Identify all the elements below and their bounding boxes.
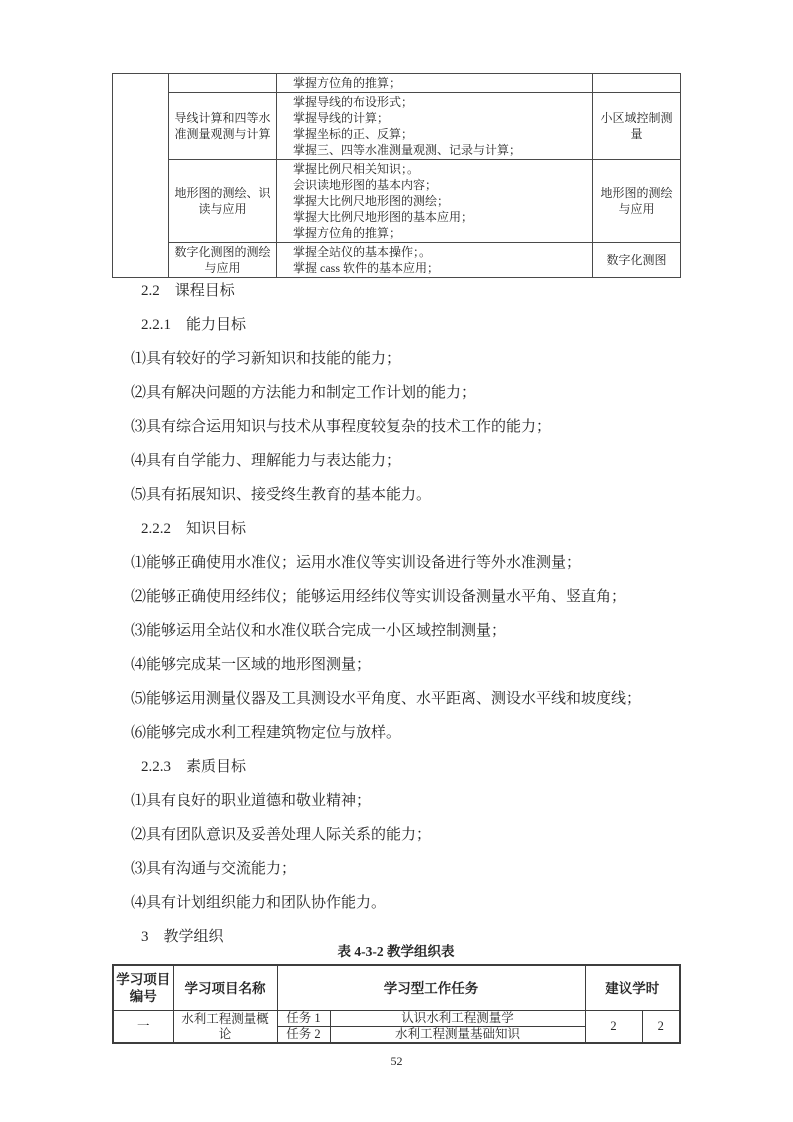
section-heading: 2.2.3 素质目标	[112, 757, 712, 778]
item-line: 掌握导线的布设形式；	[293, 94, 588, 110]
item-line: 掌握导线的计算；	[293, 110, 588, 126]
item-line: 掌握坐标的正、反算；	[293, 126, 588, 142]
list-item: ⑹能够完成水利工程建筑物定位与放样。	[112, 723, 712, 744]
table-row: 导线计算和四等水准测量观测与计算 掌握导线的布设形式； 掌握导线的计算； 掌握坐…	[113, 93, 681, 160]
item-line: 掌握 cass 软件的基本应用；	[293, 260, 588, 276]
section-heading: 2.2.1 能力目标	[112, 315, 712, 336]
list-item: ⑶具有综合运用知识与技术从事程度较复杂的技术工作的能力；	[112, 417, 712, 438]
module-cell	[169, 74, 277, 93]
item-line: 掌握比例尺相关知识；。	[293, 161, 588, 177]
list-item: ⑵能够正确使用经纬仪；能够运用经纬仪等实训设备测量水平角、竖直角；	[112, 587, 712, 608]
items-cell: 掌握比例尺相关知识；。 会识读地形图的基本内容； 掌握大比例尺地形图的测绘； 掌…	[277, 160, 593, 243]
list-item: ⑴具有较好的学习新知识和技能的能力；	[112, 349, 712, 370]
list-item: ⑵具有团队意识及妥善处理人际关系的能力；	[112, 825, 712, 846]
task-label-cell: 任务 2	[277, 1027, 330, 1044]
list-item: ⑷具有自学能力、理解能力与表达能力；	[112, 451, 712, 472]
table-row: 一 水利工程测量概论 任务 1 认识水利工程测量学 2 2	[113, 1011, 680, 1027]
result-cell: 小区域控制测量	[593, 93, 681, 160]
task-label-cell: 任务 1	[277, 1011, 330, 1027]
item-line: 掌握大比例尺地形图的测绘；	[293, 193, 588, 209]
result-cell: 数字化测图	[593, 243, 681, 278]
item-line: 会识读地形图的基本内容；	[293, 177, 588, 193]
course-content-table: 掌握方位角的推算； 导线计算和四等水准测量观测与计算 掌握导线的布设形式； 掌握…	[112, 73, 681, 278]
list-item: ⑷具有计划组织能力和团队协作能力。	[112, 893, 712, 914]
project-no-cell: 一	[113, 1011, 173, 1044]
list-item: ⑶能够运用全站仪和水准仪联合完成一小区域控制测量；	[112, 621, 712, 642]
table-row: 地形图的测绘、识读与应用 掌握比例尺相关知识；。 会识读地形图的基本内容； 掌握…	[113, 160, 681, 243]
list-item: ⑶具有沟通与交流能力；	[112, 859, 712, 880]
task-name-cell: 认识水利工程测量学	[330, 1011, 585, 1027]
document-page: 掌握方位角的推算； 导线计算和四等水准测量观测与计算 掌握导线的布设形式； 掌握…	[0, 0, 793, 1122]
module-cell: 数字化测图的测绘与应用	[169, 243, 277, 278]
result-cell: 地形图的测绘与应用	[593, 160, 681, 243]
item-line: 掌握方位角的推算；	[293, 225, 588, 241]
header-project-name: 学习项目名称	[173, 965, 277, 1011]
table-caption: 表 4-3-2 教学组织表	[112, 943, 680, 960]
page-number: 52	[0, 1054, 793, 1069]
items-cell: 掌握全站仪的基本操作；。 掌握 cass 软件的基本应用；	[277, 243, 593, 278]
table-row: 数字化测图的测绘与应用 掌握全站仪的基本操作；。 掌握 cass 软件的基本应用…	[113, 243, 681, 278]
section-heading: 2.2 课程目标	[112, 281, 712, 302]
body-text: 2.2 课程目标 2.2.1 能力目标 ⑴具有较好的学习新知识和技能的能力； ⑵…	[112, 281, 712, 961]
empty-spanner-cell	[113, 74, 169, 278]
list-item: ⑴具有良好的职业道德和敬业精神；	[112, 791, 712, 812]
item-line: 掌握大比例尺地形图的基本应用；	[293, 209, 588, 225]
result-cell	[593, 74, 681, 93]
items-cell: 掌握方位角的推算；	[277, 74, 593, 93]
list-item: ⑵具有解决问题的方法能力和制定工作计划的能力；	[112, 383, 712, 404]
header-project-no: 学习项目编号	[113, 965, 173, 1011]
module-cell: 地形图的测绘、识读与应用	[169, 160, 277, 243]
header-work-tasks: 学习型工作任务	[277, 965, 585, 1011]
item-line: 掌握三、四等水准测量观测、记录与计算；	[293, 142, 588, 158]
table-header-row: 学习项目编号 学习项目名称 学习型工作任务 建议学时	[113, 965, 680, 1011]
item-line: 掌握全站仪的基本操作；。	[293, 244, 588, 260]
module-cell: 导线计算和四等水准测量观测与计算	[169, 93, 277, 160]
hours-cell: 2	[585, 1011, 642, 1044]
teaching-organization-table: 学习项目编号 学习项目名称 学习型工作任务 建议学时 一 水利工程测量概论 任务…	[112, 964, 681, 1044]
item-line: 掌握方位角的推算；	[293, 75, 588, 91]
table-row: 掌握方位角的推算；	[113, 74, 681, 93]
hours-cell: 2	[642, 1011, 680, 1044]
project-name-cell: 水利工程测量概论	[173, 1011, 277, 1044]
list-item: ⑸具有拓展知识、接受终生教育的基本能力。	[112, 485, 712, 506]
list-item: ⑷能够完成某一区域的地形图测量；	[112, 655, 712, 676]
task-name-cell: 水利工程测量基础知识	[330, 1027, 585, 1044]
list-item: ⑴能够正确使用水准仪；运用水准仪等实训设备进行等外水准测量；	[112, 553, 712, 574]
header-suggested-hours: 建议学时	[585, 965, 680, 1011]
list-item: ⑸能够运用测量仪器及工具测设水平角度、水平距离、测设水平线和坡度线；	[112, 689, 712, 710]
items-cell: 掌握导线的布设形式； 掌握导线的计算； 掌握坐标的正、反算； 掌握三、四等水准测…	[277, 93, 593, 160]
section-heading: 2.2.2 知识目标	[112, 519, 712, 540]
